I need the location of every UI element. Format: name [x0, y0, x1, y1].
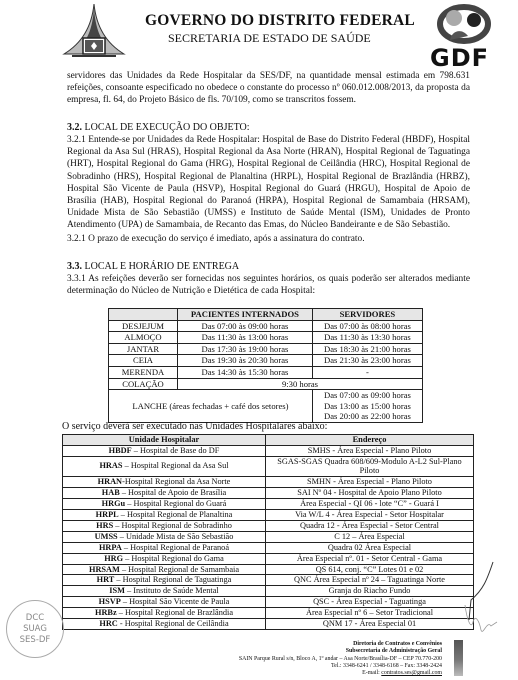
table-row: LANCHE (áreas fechadas + café dos setore…	[109, 390, 423, 423]
meal-name-cell: CEIA	[109, 355, 178, 367]
units-intro-text: O serviço deverá ser executado nas Unida…	[62, 421, 327, 432]
unit-name: – Hospital Regional do Gama	[123, 554, 224, 563]
address-cell: SAI Nº 04 - Hospital de Apoio Plano Pilo…	[266, 488, 474, 499]
section-3-2-1-paragraph: 3.2.1 Entende-se por Unidades da Rede Ho…	[67, 134, 470, 232]
unit-code: HRC	[99, 619, 117, 628]
meal-name-cell: ALMOÇO	[109, 332, 178, 344]
footer-decorative-bar	[454, 640, 463, 676]
address-cell: SMHS - Área Especial - Plano Piloto	[266, 445, 474, 456]
unit-cell: HAB – Hospital de Apoio de Brasília	[63, 488, 266, 499]
section-number: 3.2.	[67, 122, 82, 133]
table-row: HRPA – Hospital Regional de Paranoá Quad…	[63, 542, 474, 553]
unit-cell: HRAS – Hospital Regional da Asa Sul	[63, 456, 266, 477]
table-row: HRBz – Hospital Regional de Brazlândia Á…	[63, 608, 474, 619]
time-line: Das 07:00 as 09:00 horas	[316, 390, 419, 401]
unit-code: ISM	[109, 586, 125, 595]
unit-code: HSVP	[99, 597, 121, 606]
footer-line: Subsecretaria de Administração Geral	[239, 648, 442, 655]
table-row: HSVP – Hospital São Vicente de Paula QSC…	[63, 597, 474, 608]
unit-name: – Hospital de Apoio de Brasília	[120, 488, 226, 497]
footer-address-block: Diretoria de Contratos e Convênios Subse…	[239, 641, 442, 677]
footer-line: Diretoria de Contratos e Convênios	[239, 641, 442, 648]
brasilia-coat-of-arms-logo	[62, 4, 126, 60]
table-row: ISM – Instituto de Saúde Mental Granja d…	[63, 586, 474, 597]
time-cell: Das 11:30 às 13:30 horas	[312, 332, 422, 344]
stamp-line: SUAG	[7, 624, 63, 635]
header-cell: Unidade Hospitalar	[63, 435, 266, 446]
time-cell: Das 18:30 às 21:00 horas	[312, 343, 422, 355]
unit-code: HAB	[102, 488, 120, 497]
intro-paragraph: servidores das Unidades da Rede Hospital…	[67, 70, 470, 107]
unit-code: HRPA	[99, 543, 122, 552]
stamp-line: DCC	[7, 613, 63, 624]
time-cell: Das 11:30 às 13:00 horas	[178, 332, 313, 344]
meal-schedule-table: PACIENTES INTERNADOS SERVIDORES DESJEJUM…	[108, 308, 423, 423]
email-link[interactable]: contratos.ses@gmail.com	[381, 670, 442, 676]
section-3-3-heading: 3.3. LOCAL E HORÁRIO DE ENTREGA	[67, 261, 239, 272]
unit-name: – Instituto de Saúde Mental	[125, 586, 219, 595]
section-title: LOCAL E HORÁRIO DE ENTREGA	[85, 261, 240, 272]
gdf-people-icon	[428, 2, 504, 46]
time-cell: -	[312, 366, 422, 378]
stamp-lines: DCC SUAG SES-DF	[7, 613, 63, 646]
header-subtitle: SECRETARIA DE ESTADO DE SAÚDE	[168, 31, 371, 46]
table-header-row: PACIENTES INTERNADOS SERVIDORES	[109, 309, 423, 321]
unit-code: UMSS	[95, 532, 118, 541]
unit-name: – Hospital de Base do DF	[132, 446, 220, 455]
unit-cell: HRPL – Hospital Regional de Planaltina	[63, 510, 266, 521]
unit-code: HRT	[97, 575, 115, 584]
table-row: HAB – Hospital de Apoio de Brasília SAI …	[63, 488, 474, 499]
unit-code: HRAS	[99, 461, 122, 470]
unit-code: HRPL	[96, 510, 119, 519]
unit-code: HRBz	[95, 608, 117, 617]
unit-code: HRGu	[102, 499, 126, 508]
footer-line: SAIN Parque Rural s/n, Bloco A, 1º andar…	[239, 656, 442, 663]
time-line: Das 13:00 as 15:00 horas	[316, 401, 419, 412]
table-row: HRAN-Hospital Regional da Asa Norte SMHN…	[63, 477, 474, 488]
unit-cell: HRPA – Hospital Regional de Paranoá	[63, 542, 266, 553]
section-3-3-1-paragraph: 3.3.1 As refeições deverão ser fornecida…	[67, 273, 470, 297]
table-row: HRC - Hospital Regional de Ceilândia QNM…	[63, 619, 474, 630]
unit-name: - Hospital Regional de Ceilândia	[118, 619, 229, 628]
table-row: HRSAM – Hospital Regional de Samambaia Q…	[63, 564, 474, 575]
address-cell: SGAS-SGAS Quadra 608/609-Modulo A-L2 Sul…	[266, 456, 474, 477]
meal-name-cell: DESJEJUM	[109, 320, 178, 332]
time-cell: 9:30 horas	[178, 378, 423, 390]
unit-cell: UMSS – Unidade Mista de São Sebastião	[63, 531, 266, 542]
unit-cell: HRT – Hospital Regional de Taguatinga	[63, 575, 266, 586]
meal-name-cell: LANCHE (áreas fechadas + café dos setore…	[109, 390, 313, 423]
unit-cell: HRS – Hospital Regional de Sobradinho	[63, 520, 266, 531]
gdf-logo: GDF	[428, 2, 504, 68]
address-cell: C 12 – Área Especial	[266, 531, 474, 542]
unit-name: – Unidade Mista de São Sebastião	[118, 532, 234, 541]
time-cell: Das 19:30 às 20:30 horas	[178, 355, 313, 367]
unit-name: -Hospital Regional da Asa Norte	[122, 477, 230, 486]
unit-name: – Hospital Regional da Asa Sul	[123, 461, 229, 470]
time-cell: Das 07:00 às 09:00 horas	[178, 320, 313, 332]
contracts-stamp: DCC SUAG SES-DF	[6, 600, 64, 658]
unit-cell: HRAN-Hospital Regional da Asa Norte	[63, 477, 266, 488]
time-cell: Das 07:00 às 08:00 horas	[312, 320, 422, 332]
section-3-2-heading: 3.2. LOCAL DE EXECUÇÃO DO OBJETO:	[67, 122, 250, 133]
unit-cell: HRBz – Hospital Regional de Brazlândia	[63, 608, 266, 619]
address-cell: Via W/L 4 - Área Especial - Setor Hospit…	[266, 510, 474, 521]
unit-cell: HRGu – Hospital Regional do Guará	[63, 499, 266, 510]
unit-name: – Hospital Regional de Planaltina	[119, 510, 233, 519]
table-row: CEIADas 19:30 às 20:30 horasDas 21:30 às…	[109, 355, 423, 367]
address-cell: Área Especial - QI 06 - lote “C” - Guará…	[266, 499, 474, 510]
time-line: Das 20:00 as 22:00 horas	[316, 411, 419, 422]
header-cell: SERVIDORES	[312, 309, 422, 321]
table-row: DESJEJUMDas 07:00 às 09:00 horasDas 07:0…	[109, 320, 423, 332]
header-cell: Endereço	[266, 435, 474, 446]
table-row: HBDF – Hospital de Base do DF SMHS - Áre…	[63, 445, 474, 456]
table-row: COLAÇÃO 9:30 horas	[109, 378, 423, 390]
meal-name-cell: COLAÇÃO	[109, 378, 178, 390]
meal-name-cell: JANTAR	[109, 343, 178, 355]
hospital-units-table: Unidade Hospitalar Endereço HBDF – Hospi…	[62, 434, 474, 630]
table-row: ALMOÇODas 11:30 às 13:00 horasDas 11:30 …	[109, 332, 423, 344]
unit-cell: HRSAM – Hospital Regional de Samambaia	[63, 564, 266, 575]
unit-cell: HRG – Hospital Regional do Gama	[63, 553, 266, 564]
table-row: JANTARDas 17:30 às 19:00 horasDas 18:30 …	[109, 343, 423, 355]
stamp-line: SES-DF	[7, 635, 63, 646]
time-cell: Das 14:30 às 15:30 horas	[178, 366, 313, 378]
section-3-2-2-paragraph: 3.2.1 O prazo de execução do serviço é i…	[67, 233, 470, 245]
header-cell: PACIENTES INTERNADOS	[178, 309, 313, 321]
unit-code: HRG	[104, 554, 123, 563]
table-row: UMSS – Unidade Mista de São Sebastião C …	[63, 531, 474, 542]
table-row: HRGu – Hospital Regional do Guará Área E…	[63, 499, 474, 510]
address-cell: Quadra 02 Área Especial	[266, 542, 474, 553]
time-cell: Das 17:30 às 19:00 horas	[178, 343, 313, 355]
unit-name: – Hospital Regional do Guará	[125, 499, 226, 508]
table-row: HRAS – Hospital Regional da Asa Sul SGAS…	[63, 456, 474, 477]
section-number: 3.3.	[67, 261, 82, 272]
unit-cell: ISM – Instituto de Saúde Mental	[63, 586, 266, 597]
unit-name: – Hospital Regional de Sobradinho	[113, 521, 232, 530]
table-row: HRT – Hospital Regional de Taguatinga QN…	[63, 575, 474, 586]
unit-code: HRAN	[98, 477, 122, 486]
table-header-row: Unidade Hospitalar Endereço	[63, 435, 474, 446]
unit-cell: HRC - Hospital Regional de Ceilândia	[63, 619, 266, 630]
unit-name: – Hospital São Vicente de Paula	[121, 597, 230, 606]
table-row: HRS – Hospital Regional de Sobradinho Qu…	[63, 520, 474, 531]
gdf-logo-text: GDF	[430, 44, 489, 72]
unit-code: HRSAM	[89, 565, 120, 574]
unit-cell: HSVP – Hospital São Vicente de Paula	[63, 597, 266, 608]
section-title: LOCAL DE EXECUÇÃO DO OBJETO:	[85, 122, 250, 133]
unit-name: – Hospital Regional de Paranoá	[122, 543, 229, 552]
header-cell	[109, 309, 178, 321]
header-title: GOVERNO DO DISTRITO FEDERAL	[145, 12, 415, 30]
time-cell: Das 21:30 às 23:00 horas	[312, 355, 422, 367]
table-row: HRPL – Hospital Regional de Planaltina V…	[63, 510, 474, 521]
footer-line: Tel.: 3348-6241 / 3348-6168 – Fax: 3348-…	[239, 663, 442, 670]
table-row: MERENDADas 14:30 às 15:30 horas-	[109, 366, 423, 378]
unit-name: – Hospital Regional de Brazlândia	[117, 608, 233, 617]
unit-name: – Hospital Regional de Samambaia	[120, 565, 239, 574]
unit-cell: HBDF – Hospital de Base do DF	[63, 445, 266, 456]
handwritten-signature-icon	[425, 560, 510, 640]
table-row: HRG – Hospital Regional do Gama Área Esp…	[63, 553, 474, 564]
address-cell: SMHN - Área Especial - Plano Piloto	[266, 477, 474, 488]
address-cell: Quadra 12 - Área Especial - Setor Centra…	[266, 520, 474, 531]
email-label: E-mail:	[362, 670, 381, 676]
unit-code: HRS	[96, 521, 113, 530]
unit-name: – Hospital Regional de Taguatinga	[114, 575, 231, 584]
unit-code: HBDF	[109, 446, 132, 455]
meal-name-cell: MERENDA	[109, 366, 178, 378]
time-cell: Das 07:00 as 09:00 horasDas 13:00 as 15:…	[312, 390, 422, 423]
footer-email-line: E-mail: contratos.ses@gmail.com	[239, 670, 442, 677]
